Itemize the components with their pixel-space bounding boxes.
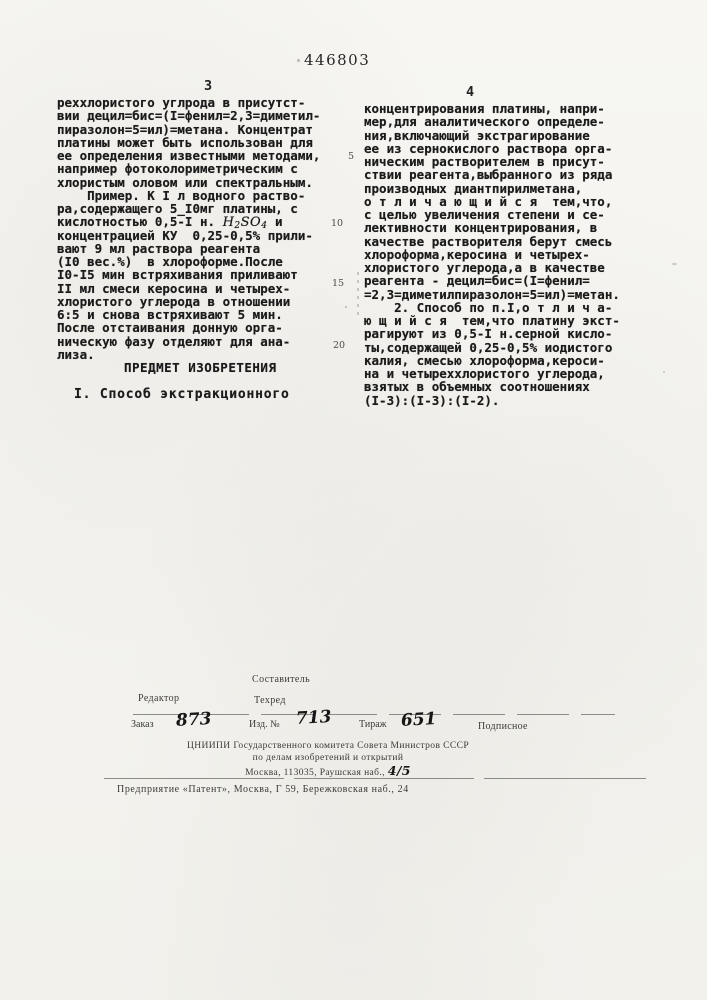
text-line: хлористого углерода,а в качестве — [364, 261, 656, 274]
text-line: ническую фазу отделяют для ана- — [57, 335, 349, 348]
text-line: хлористым оловом или спектральным. — [57, 176, 349, 189]
text-line: хлористого углерода в отношении — [57, 295, 349, 308]
editor-label: Редактор — [138, 693, 179, 704]
order-label: Заказ — [131, 719, 154, 730]
text-line: пиразолон=5=ил)=метана. Концентрат — [57, 123, 349, 136]
circulation-label: Тираж — [359, 719, 387, 730]
printing-house-line: Предприятие «Патент», Москва, Г 59, Бере… — [117, 784, 409, 795]
patent-number: 446803 — [304, 51, 370, 69]
text-line: ты,содержащей 0,25-0,5% иодистого — [364, 341, 656, 354]
committee-line-1: ЦНИИПИ Государственного комитета Совета … — [170, 741, 486, 753]
text-line: концентрацией КУ 0,25-0,5% прили- — [57, 229, 349, 242]
text-line: хлороформа,керосина и четырех- — [364, 248, 656, 261]
text-line: ее определения известными методами, — [57, 149, 349, 162]
text-line: производных диантпирилметана, — [364, 182, 656, 195]
text-line: с целью увеличения степени и се- — [364, 208, 656, 221]
text-line: рагируют из 0,5-I н.серной кисло- — [364, 327, 656, 340]
text-line: ствии реагента,выбранного из ряда — [364, 168, 656, 181]
claim-1-start-line: I. Способ экстракционного — [74, 387, 290, 402]
text-line: взятых в объемных соотношениях — [364, 380, 656, 393]
text-line: платины может быть использован для — [57, 136, 349, 149]
text-line: на и четыреххлористого углерода, — [364, 367, 656, 380]
scan-speck — [297, 59, 300, 62]
text-line: лективности концентрирования, в — [364, 221, 656, 234]
text-line: После отстаивания донную орга- — [57, 321, 349, 334]
text-line: вают 9 мл раствора реагента — [57, 242, 349, 255]
circulation-number-handwritten: 651 — [401, 709, 437, 731]
text-line: кислотностью 0,5-I н. H2SO4 и — [57, 215, 349, 228]
text-line: калия, смесью хлороформа,кероси- — [364, 354, 656, 367]
house-number-handwritten: 4/5 — [388, 763, 411, 778]
edition-number-label: Изд. № — [249, 719, 280, 730]
committee-line-2: по делам изобретений и открытий — [170, 753, 486, 765]
text-line: =2,3=диметилпиразолон=5=ил)=метан. — [364, 288, 656, 301]
text-line: I0-I5 мин встряхивания приливают — [57, 268, 349, 281]
text-line: концентрирования платины, напри- — [364, 102, 656, 115]
scan-speck — [345, 306, 347, 308]
text-line: ния,включающий экстрагирование — [364, 129, 656, 142]
text-line: качестве растворителя берут смесь — [364, 235, 656, 248]
text-line: реагента - децил=бис=(I=фенил= — [364, 274, 656, 287]
text-line: ническим растворителем в присут- — [364, 155, 656, 168]
text-line: мер,для аналитического определе- — [364, 115, 656, 128]
section-heading-subject-of-invention: ПРЕДМЕТ ИЗОБРЕТЕНИЯ — [124, 360, 277, 375]
text-line: 2. Способ по п.I,о т л и ч а- — [364, 301, 656, 314]
text-line: Пример. К I л водного раство- — [57, 189, 349, 202]
text-line: ее из сернокислого раствора орга- — [364, 142, 656, 155]
left-column-page-number: 3 — [204, 78, 212, 94]
right-column-page-number: 4 — [466, 84, 474, 100]
text-line: вии децил=бис=(I=фенил=2,3=диметил- — [57, 109, 349, 122]
text-line: о т л и ч а ю щ и й с я тем,что, — [364, 195, 656, 208]
text-line: (I0 вес.%) в хлороформе.После — [57, 255, 349, 268]
left-text-column: реххлористого углрода в присутст-вии дец… — [57, 96, 349, 361]
compiler-label: Составитель — [252, 674, 310, 685]
subscription-label: Подписное — [478, 721, 528, 732]
text-part: и — [267, 214, 282, 229]
text-line: лиза. — [57, 348, 349, 361]
edition-number-handwritten: 713 — [296, 707, 332, 729]
footer-divider-rule-bottom — [104, 778, 646, 779]
scan-speck — [663, 371, 665, 373]
text-line: ра,содержащего 5_I0мг платины, с — [57, 202, 349, 215]
scan-fold-mark — [357, 272, 359, 318]
scan-speck — [672, 263, 677, 265]
technical-editor-label: Техред — [254, 695, 286, 706]
right-text-column: концентрирования платины, напри-мер,для … — [364, 102, 656, 407]
committee-address-text: Москва, 113035, Раушская наб., — [245, 768, 385, 778]
text-line: например фотоколориметрическим с — [57, 162, 349, 175]
text-line: ю щ и й с я тем,что платину экст- — [364, 314, 656, 327]
committee-address-block: ЦНИИПИ Государственного комитета Совета … — [170, 741, 486, 779]
text-line: II мл смеси керосина и четырех- — [57, 282, 349, 295]
text-line: (I-3):(I-3):(I-2). — [364, 394, 656, 407]
text-part: кислотностью 0,5-I н. — [57, 214, 223, 229]
scanned-patent-page: 446803 3 4 5 10 15 20 реххлористого углр… — [0, 0, 707, 1000]
order-number-handwritten: 873 — [176, 709, 212, 731]
text-line: реххлористого углрода в присутст- — [57, 96, 349, 109]
text-line: 6:5 и снова встряхивают 5 мин. — [57, 308, 349, 321]
